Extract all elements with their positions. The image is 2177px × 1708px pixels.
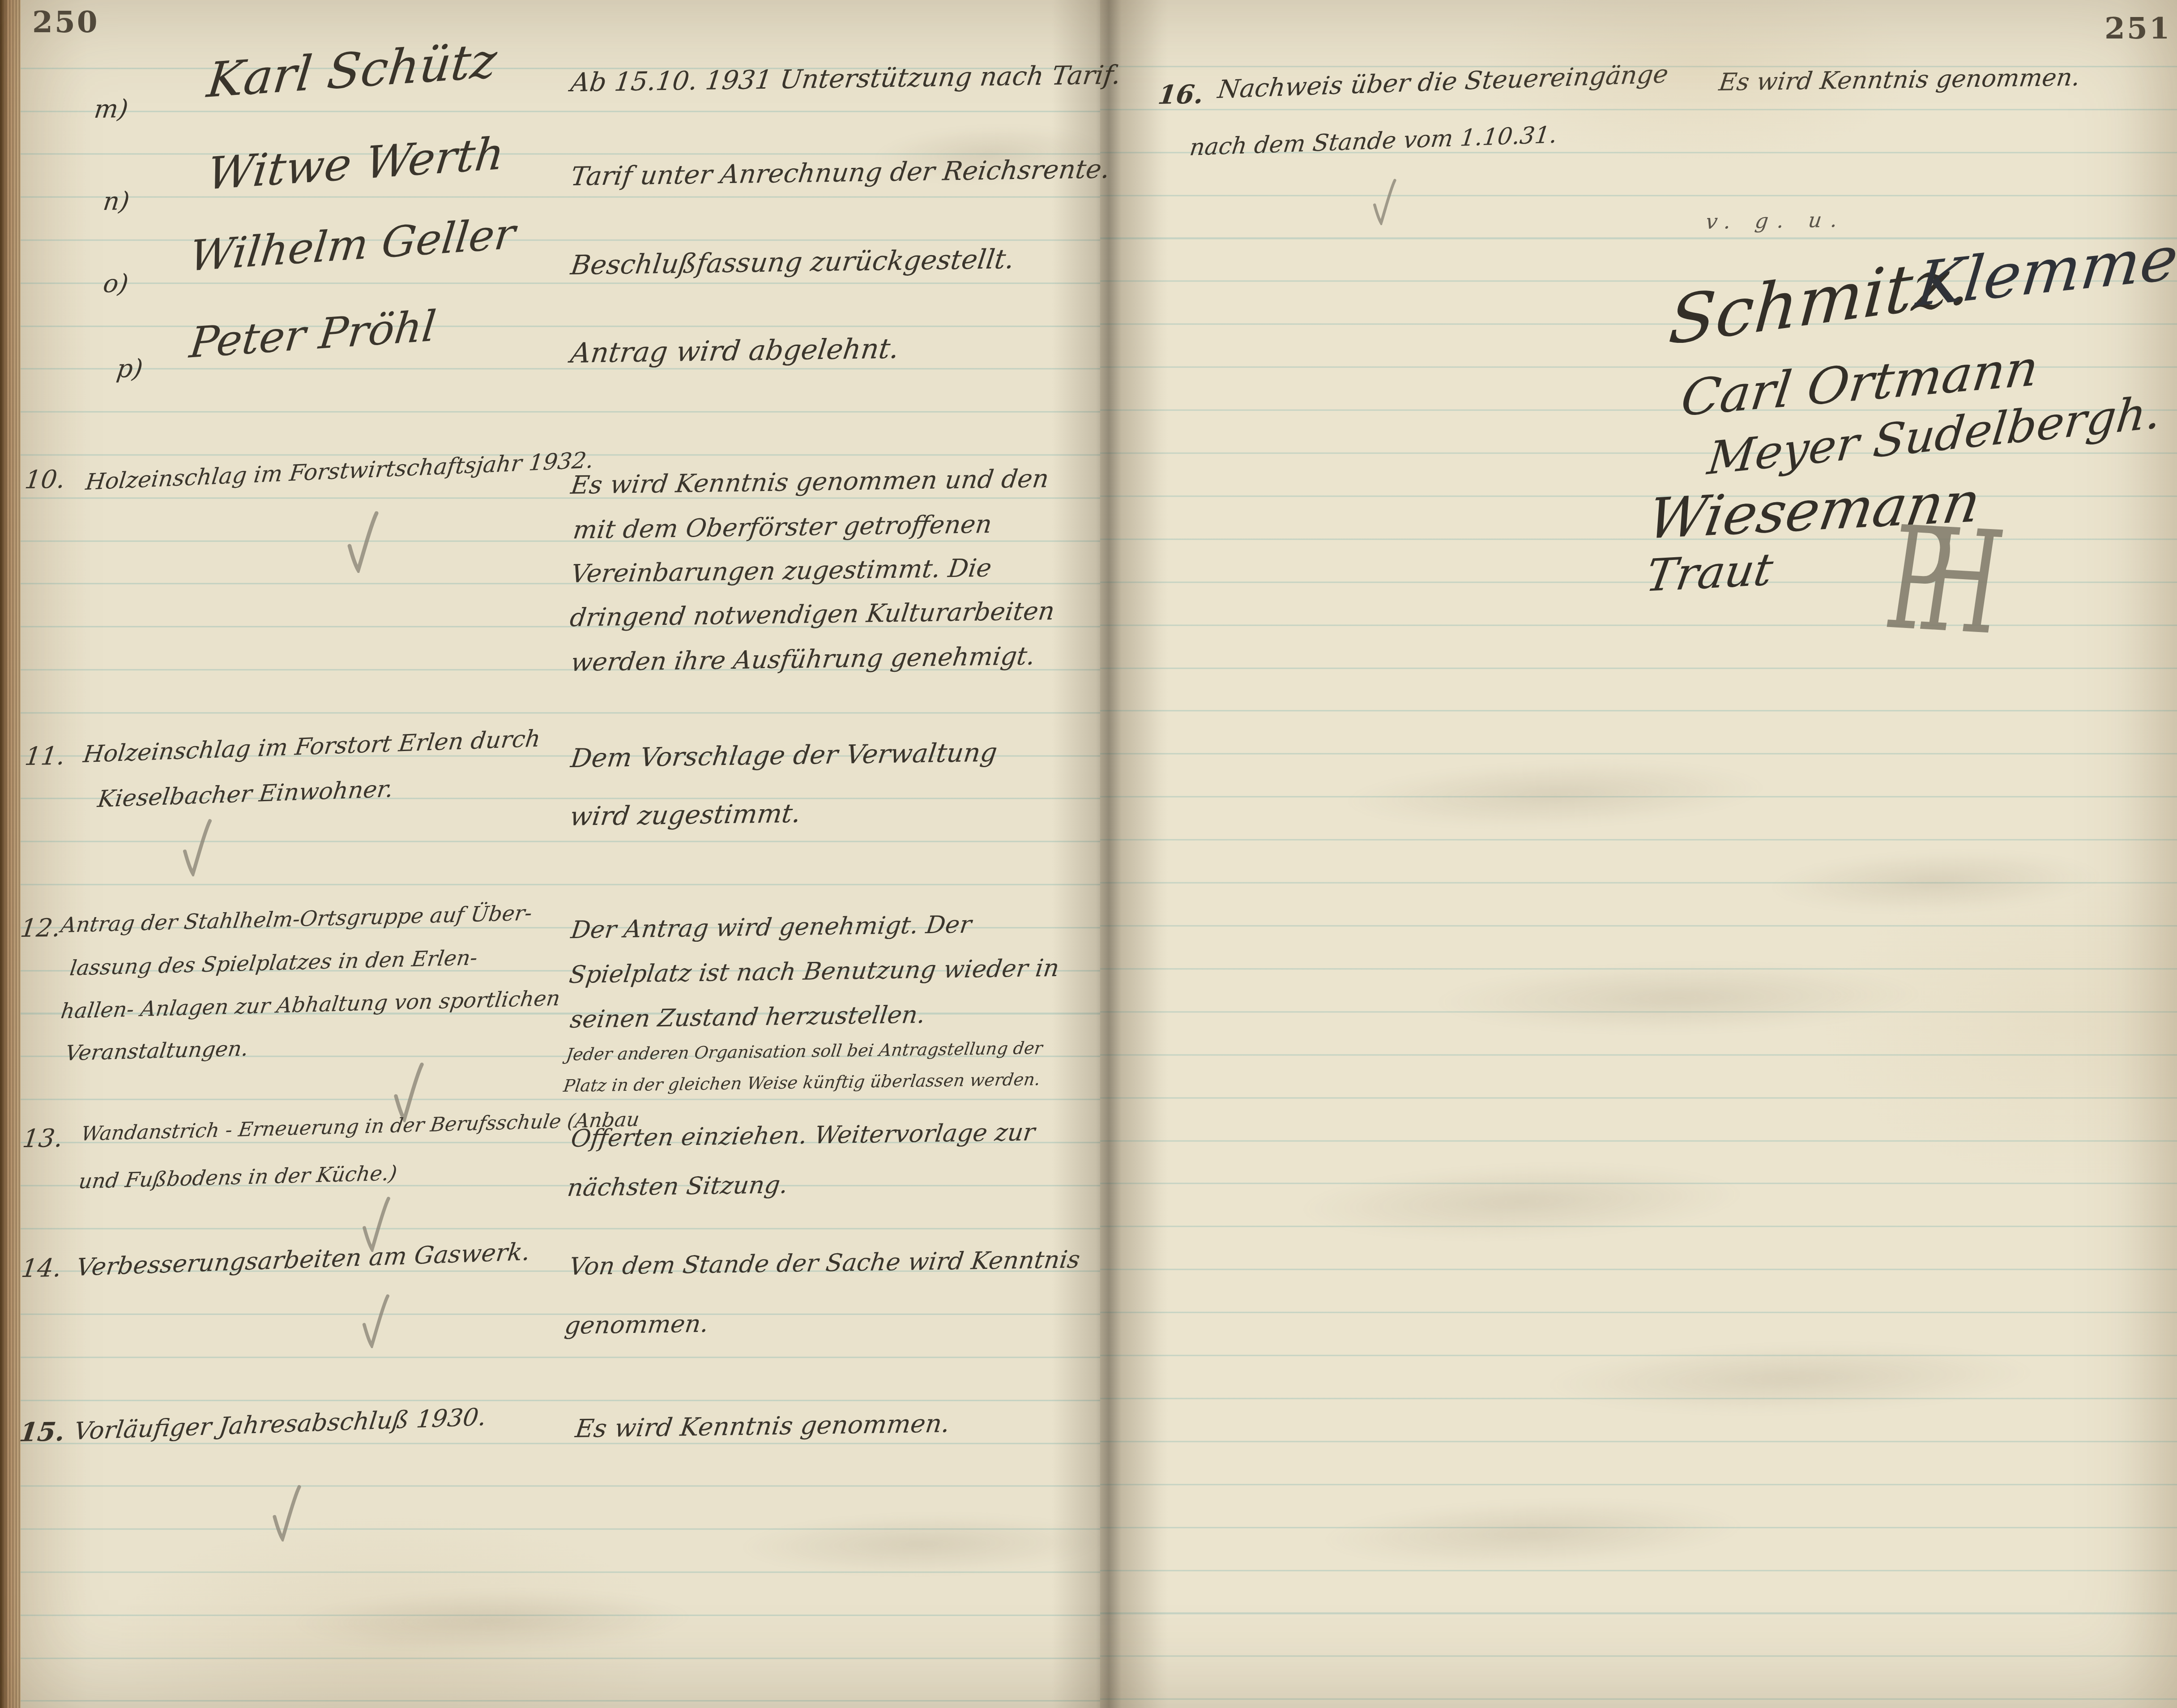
item-subject-line: Veranstaltungen.: [64, 1036, 250, 1066]
entry-resolution: Beschlußfassung zurückgestellt.: [569, 243, 1016, 281]
pencil-monogram: PH: [1887, 496, 1976, 666]
bleed-through-smudge: [1543, 1337, 2037, 1421]
item-number: 12.: [19, 914, 62, 943]
page-number-left: 250: [32, 4, 99, 39]
entry-prefix: o): [102, 269, 130, 299]
pencil-checkmark-icon: [342, 510, 383, 573]
entry-resolution: Antrag wird abgelehnt.: [569, 332, 901, 369]
book-spine-edge: [0, 0, 21, 1708]
item-resolution-line: Vereinbarungen zugestimmt. Die: [569, 554, 993, 589]
bleed-through-smudge: [1767, 845, 2104, 919]
signature: Traut: [1642, 543, 1776, 602]
item-number: 13.: [21, 1124, 64, 1153]
bleed-through-smudge: [1297, 1156, 1746, 1248]
bleed-through-smudge: [290, 1585, 694, 1655]
entry-prefix: n): [102, 187, 131, 216]
item-resolution-line: genommen.: [563, 1310, 710, 1340]
entry-prefix: m): [93, 94, 130, 124]
item-resolution-line: Es wird Kenntnis genommen.: [574, 1409, 952, 1443]
item-number: 11.: [23, 742, 67, 771]
item-resolution-line: wird zugestimmt.: [568, 798, 803, 832]
item-resolution-line: seinen Zustand herzustellen.: [568, 1000, 927, 1033]
item-number: 14.: [20, 1254, 63, 1283]
item-resolution-line: Der Antrag wird genehmigt. Der: [569, 910, 973, 944]
item-number: 10.: [23, 465, 67, 495]
item-resolution-line: nächsten Sitzung.: [566, 1170, 790, 1202]
item-resolution-line: Es wird Kenntnis genommen.: [1717, 63, 2082, 96]
attestation-note: v. g. u.: [1704, 208, 1848, 234]
pencil-checkmark-icon: [179, 818, 215, 876]
item-number: 16.: [1156, 79, 1205, 110]
item-resolution-line: mit dem Oberförster getroffenen: [572, 510, 994, 545]
item-number: 15.: [17, 1417, 67, 1448]
pencil-checkmark-icon: [269, 1484, 304, 1541]
entry-prefix: p): [115, 354, 145, 384]
bleed-through-smudge: [1432, 958, 1925, 1038]
page-number-right: 251: [2104, 11, 2172, 46]
bleed-through-smudge: [738, 1510, 1106, 1579]
item-resolution-line: Dem Vorschlage der Verwaltung: [569, 737, 999, 773]
pencil-checkmark-icon: [1370, 178, 1398, 225]
ledger-scan: 250 251 m) Karl Schütz Ab 15.10. 1931 Un…: [0, 0, 2177, 1708]
pencil-checkmark-icon: [389, 1062, 427, 1122]
pencil-checkmark-icon: [358, 1294, 393, 1348]
